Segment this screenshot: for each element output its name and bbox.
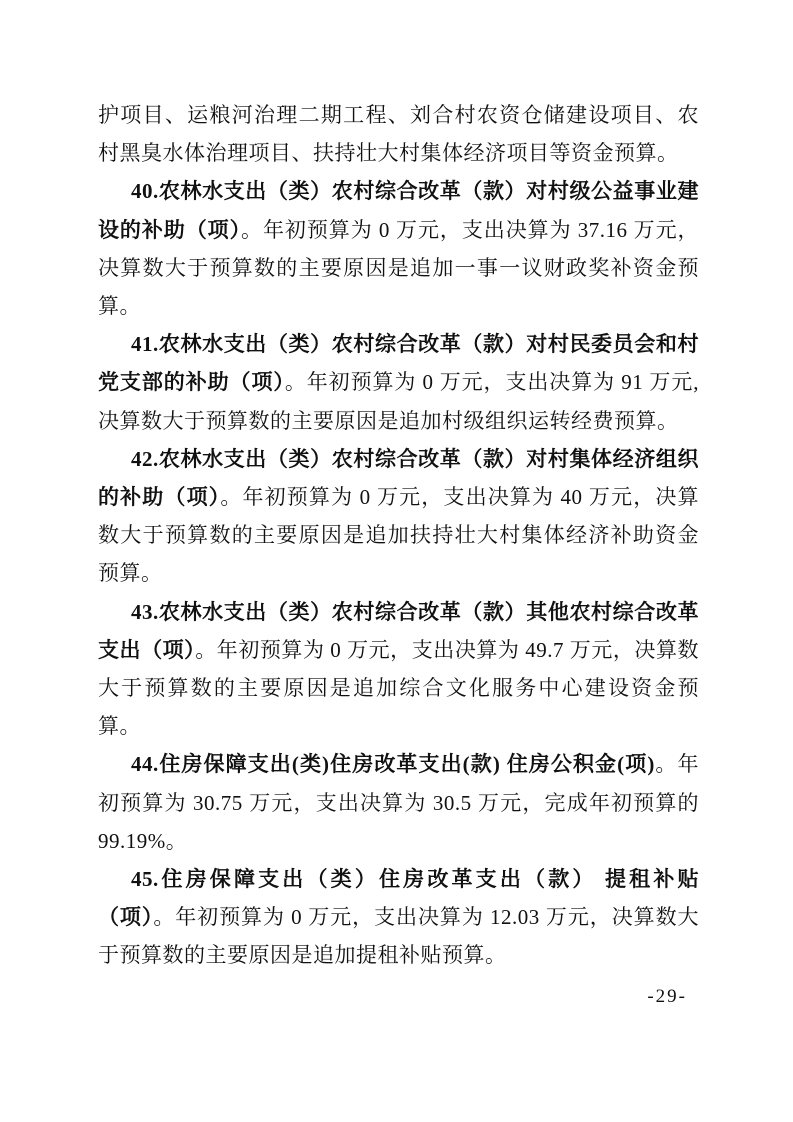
document-body: 护项目、运粮河治理二期工程、刘合村农资仓储建设项目、农村黑臭水体治理项目、扶持壮…: [98, 96, 699, 975]
paragraph-bold-text: 44.住房保障支出(类)住房改革支出(款) 住房公积金(项): [131, 752, 655, 776]
document-page: 护项目、运粮河治理二期工程、刘合村农资仓储建设项目、农村黑臭水体治理项目、扶持壮…: [0, 0, 793, 1122]
paragraph-body-text: 护项目、运粮河治理二期工程、刘合村农资仓储建设项目、农村黑臭水体治理项目、扶持壮…: [98, 103, 699, 165]
page-number: -29-: [647, 986, 687, 1008]
paragraph-item-45: 45.住房保障支出（类）住房改革支出（款） 提租补贴（项）。年初预算为 0 万元…: [98, 860, 699, 975]
paragraph-item-40: 40.农林水支出（类）农村综合改革（款）对村级公益事业建设的补助（项）。年初预算…: [98, 172, 699, 325]
paragraph-item-43: 43.农林水支出（类）农村综合改革（款）其他农村综合改革支出（项）。年初预算为 …: [98, 593, 699, 746]
paragraph-continuation: 护项目、运粮河治理二期工程、刘合村农资仓储建设项目、农村黑臭水体治理项目、扶持壮…: [98, 96, 699, 172]
paragraph-item-42: 42.农林水支出（类）农村综合改革（款）对村集体经济组织的补助（项）。年初预算为…: [98, 440, 699, 593]
paragraph-item-44: 44.住房保障支出(类)住房改革支出(款) 住房公积金(项)。年初预算为 30.…: [98, 745, 699, 860]
paragraph-body-text: 。年初预算为 0 万元，支出决算为 12.03 万元，决算数大于预算数的主要原因…: [98, 905, 699, 967]
paragraph-item-41: 41.农林水支出（类）农村综合改革（款）对村民委员会和村党支部的补助（项）。年初…: [98, 325, 699, 440]
